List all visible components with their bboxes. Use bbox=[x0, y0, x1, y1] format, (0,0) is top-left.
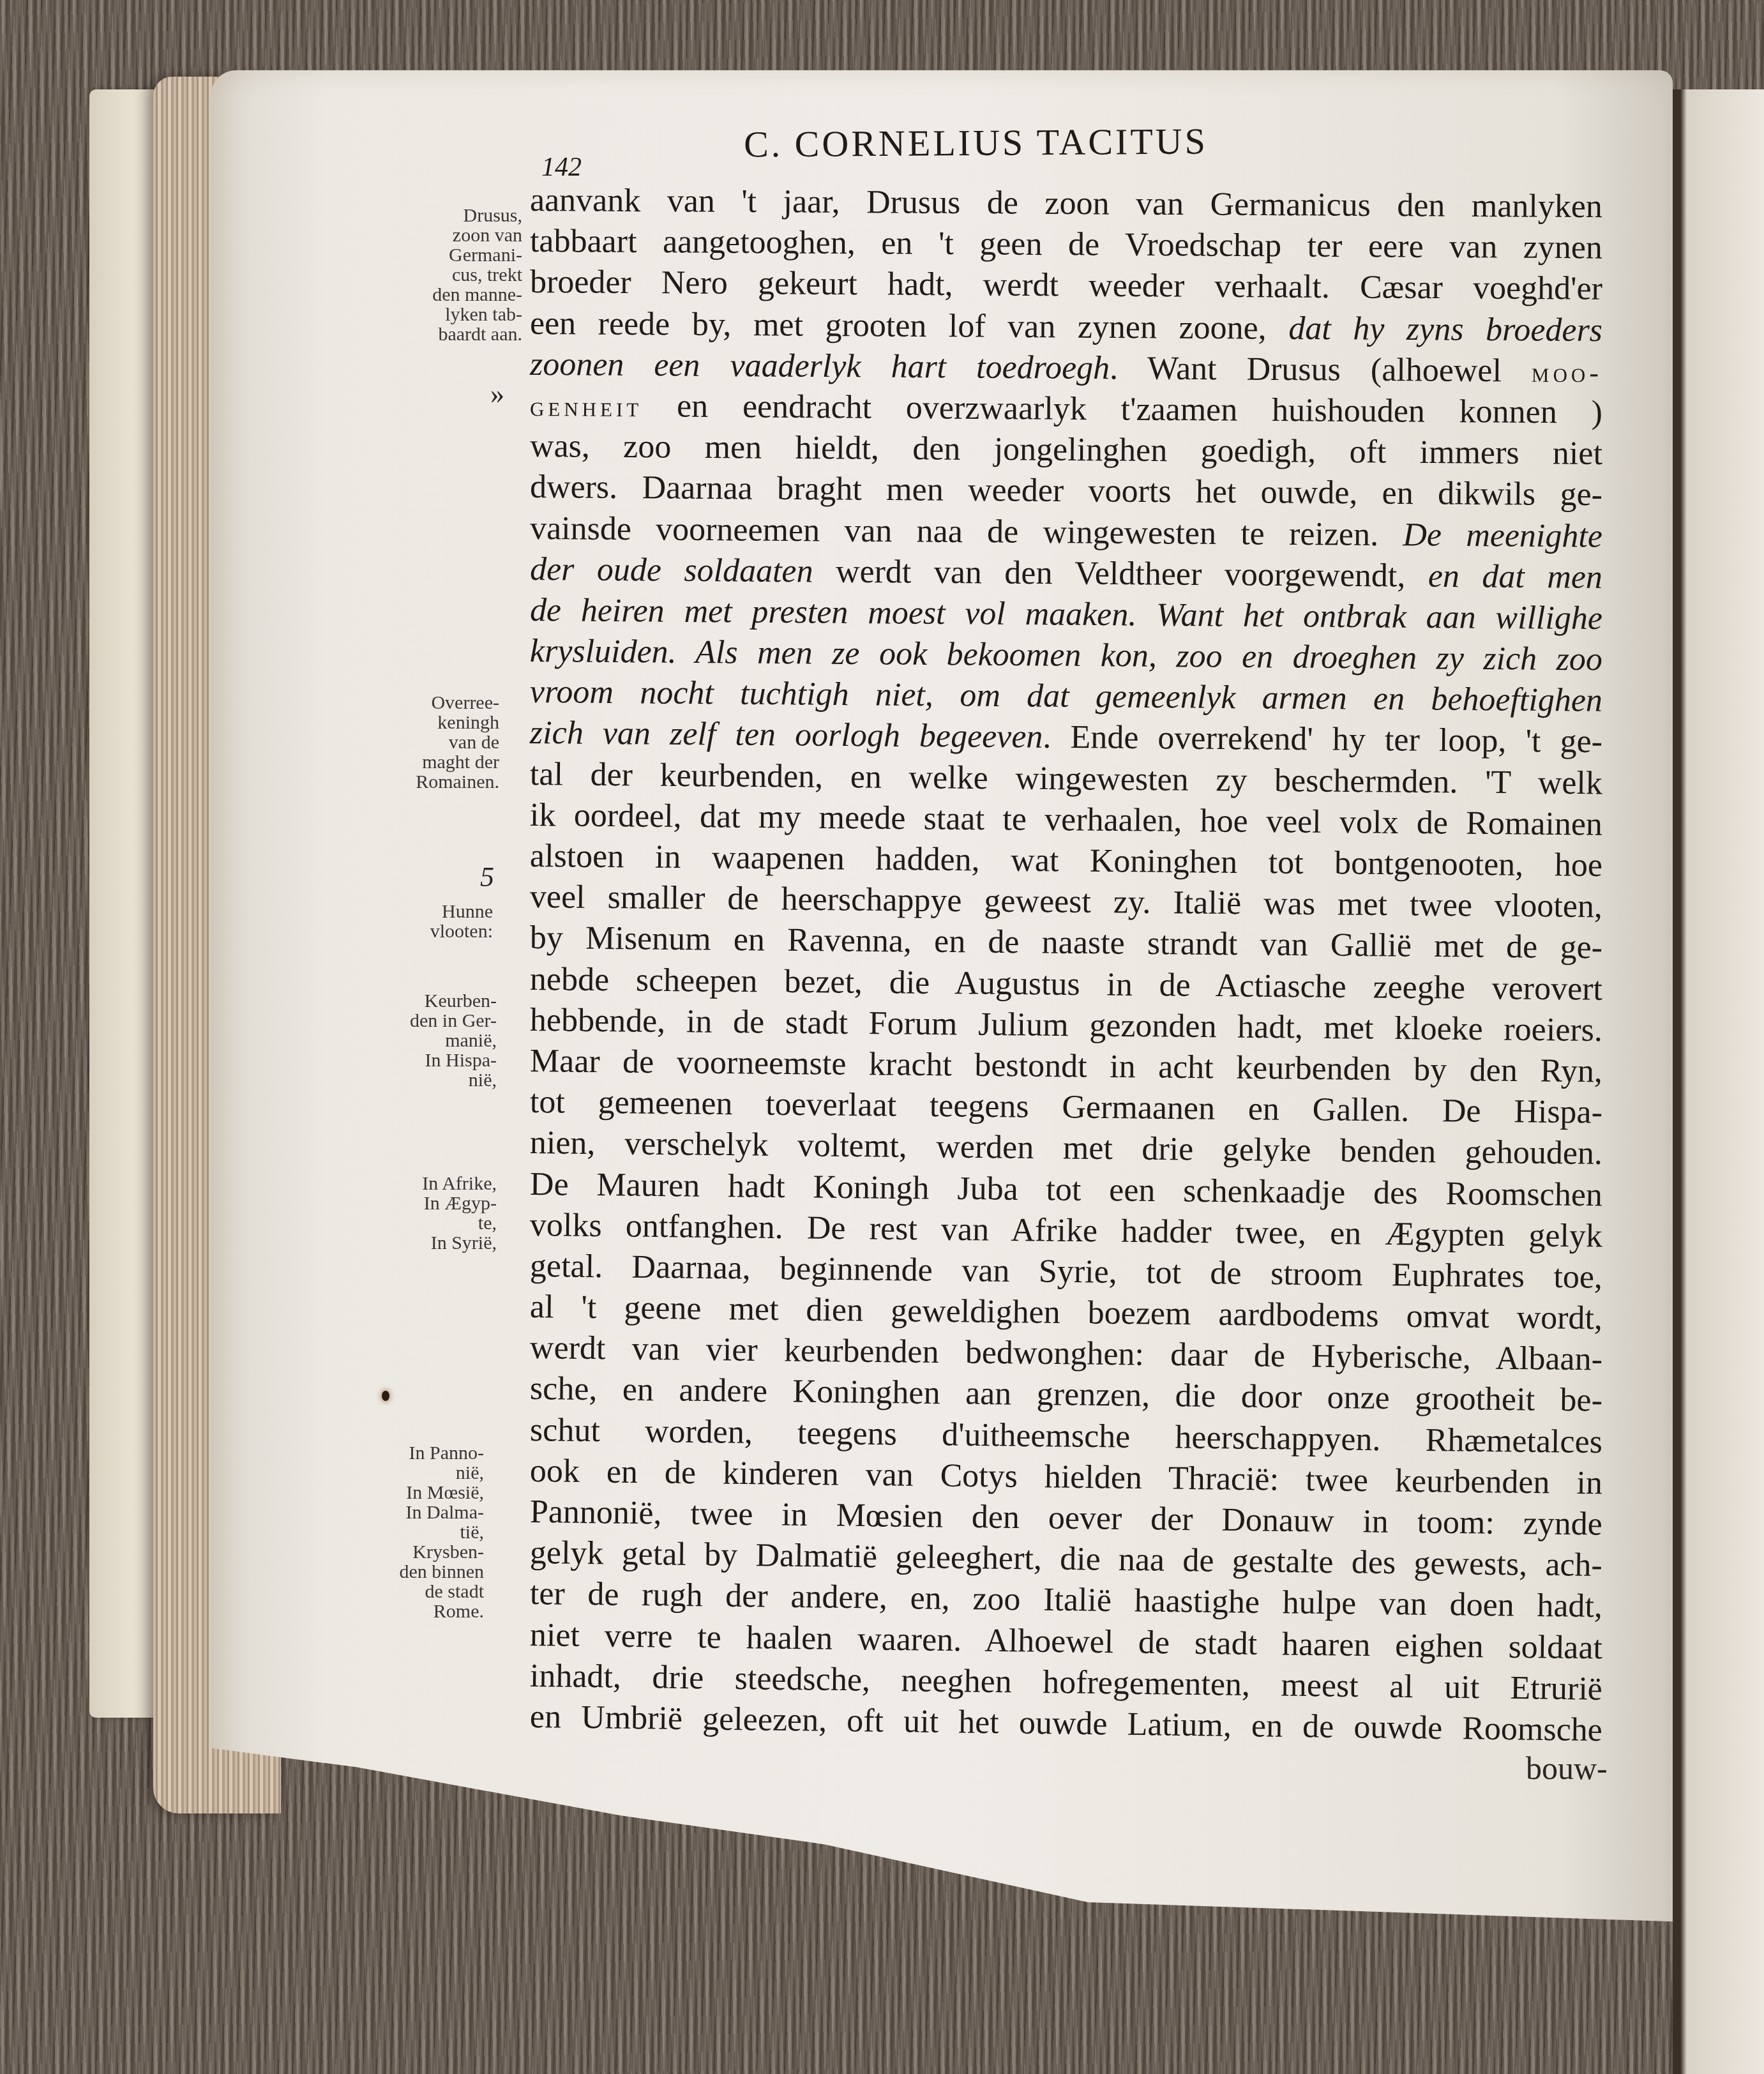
margin-note-line: maght der bbox=[383, 752, 499, 772]
margin-note-line: In Dalma- bbox=[370, 1503, 484, 1522]
margin-note-line: nië, bbox=[370, 1463, 484, 1483]
margin-note-line: In Mœsië, bbox=[370, 1483, 484, 1503]
margin-note-line: Rome. bbox=[370, 1601, 484, 1621]
page-number: 142 bbox=[541, 152, 582, 183]
margin-note-drusus: Drusus,zoon vanGermani-cus, trektden man… bbox=[383, 206, 522, 344]
margin-note-line: cus, trekt bbox=[383, 265, 522, 285]
margin-note-line: baardt aan. bbox=[383, 324, 522, 344]
text-line: dwers. Daarnaa braght men weeder voorts … bbox=[530, 467, 1602, 516]
printed-page-content: C. CORNELIUS TACITUS 142 aanvank van 't … bbox=[0, 0, 1764, 2074]
margin-note-line: de stadt bbox=[370, 1582, 484, 1601]
quotation-mark: » bbox=[490, 378, 504, 411]
catchword: bouw- bbox=[1526, 1750, 1608, 1787]
margin-note-line: den binnen bbox=[370, 1562, 484, 1582]
text-line: zoonen een vaaderlyk hart toedroegh. Wan… bbox=[530, 344, 1602, 393]
margin-note-line: Germani- bbox=[383, 245, 522, 265]
margin-note-line: In Ægyp- bbox=[383, 1193, 497, 1213]
ink-spot bbox=[382, 1391, 389, 1401]
text-line: een reede by, met grooten lof van zynen … bbox=[530, 303, 1602, 351]
margin-note-vlooten: Hunnevlooten: bbox=[383, 902, 493, 941]
margin-note-line: Romainen. bbox=[383, 772, 499, 792]
margin-note-line: vlooten: bbox=[383, 921, 493, 941]
margin-note-line: Drusus, bbox=[383, 206, 522, 225]
section-number: 5 bbox=[480, 861, 494, 893]
margin-note-line: Hunne bbox=[383, 902, 493, 921]
margin-note-pannonie: In Panno-nië,In Mœsië,In Dalma-tië,Krysb… bbox=[370, 1443, 484, 1621]
margin-note-line: van de bbox=[383, 732, 499, 752]
margin-note-line: In Afrike, bbox=[383, 1174, 497, 1193]
margin-note-line: tië, bbox=[370, 1522, 484, 1542]
margin-note-line: lyken tab- bbox=[383, 305, 522, 324]
margin-note-line: Overree- bbox=[383, 693, 499, 713]
margin-note-afrike: In Afrike,In Ægyp-te,In Syrië, bbox=[383, 1174, 497, 1253]
margin-note-line: den manne- bbox=[383, 285, 522, 305]
margin-note-line: zoon van bbox=[383, 225, 522, 245]
text-line: tabbaart aangetooghen, en 't geen de Vro… bbox=[530, 221, 1602, 269]
margin-note-line: Keurben- bbox=[383, 991, 497, 1011]
margin-note-line: In Syrië, bbox=[383, 1233, 497, 1253]
margin-note-overreekening: Overree-keninghvan demaght derRomainen. bbox=[383, 693, 499, 792]
text-line: vainsde voorneemen van naa de wingeweste… bbox=[530, 508, 1602, 557]
body-text: aanvank van 't jaar, Drusus de zoon van … bbox=[530, 180, 1602, 1737]
running-head: C. CORNELIUS TACITUS bbox=[744, 119, 1208, 165]
margin-note-line: nië, bbox=[383, 1070, 497, 1090]
text-line: broeder Nero gekeurt hadt, werdt weeder … bbox=[530, 262, 1602, 310]
margin-note-line: In Hispa- bbox=[383, 1050, 497, 1070]
margin-note-line: keningh bbox=[383, 713, 499, 732]
margin-note-line: den in Ger- bbox=[383, 1011, 497, 1031]
margin-note-line: In Panno- bbox=[370, 1443, 484, 1463]
text-line: aanvank van 't jaar, Drusus de zoon van … bbox=[530, 180, 1602, 227]
margin-note-line: manië, bbox=[383, 1031, 497, 1050]
margin-note-keurbenden: Keurben-den in Ger-manië,In Hispa-nië, bbox=[383, 991, 497, 1090]
margin-note-line: Krysben- bbox=[370, 1542, 484, 1562]
text-line: genheit en eendracht overzwaarlyk t'zaam… bbox=[530, 385, 1602, 434]
margin-note-line: te, bbox=[383, 1213, 497, 1233]
